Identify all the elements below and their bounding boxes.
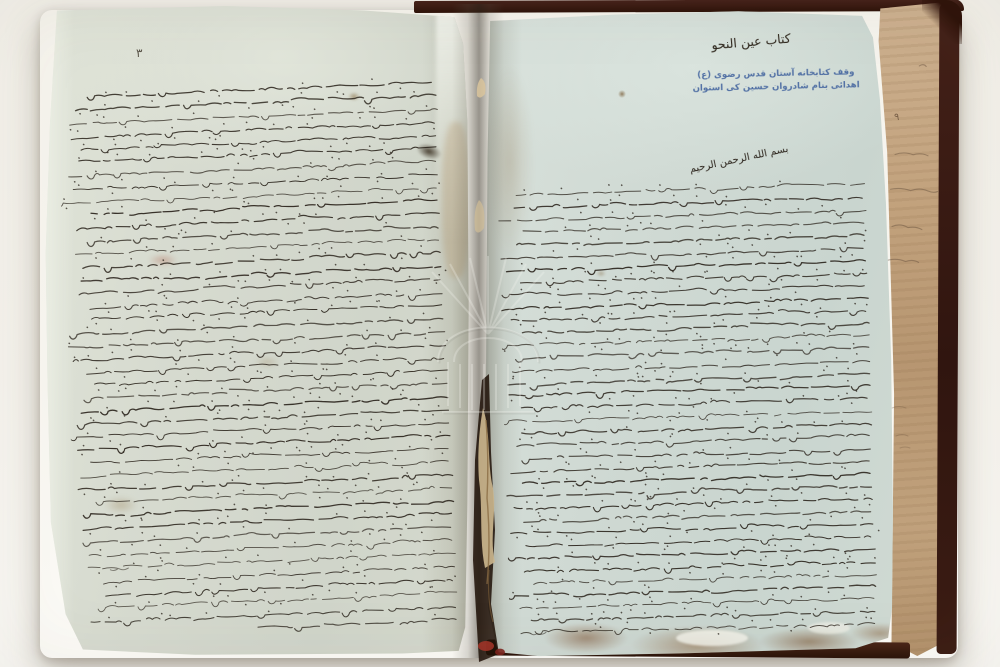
foxing-spot: [618, 90, 626, 98]
marginal-note: [110, 568, 128, 571]
page-number: ٣: [136, 46, 142, 60]
cover-corner: [922, 0, 962, 44]
torn-paper-bit: [477, 78, 486, 98]
library-watermark-emblem: [398, 242, 578, 432]
library-waqf-stamp: وقف کتابخانه آستان قدس رضوی (ع) اهدائی ب…: [690, 66, 863, 96]
torn-paper-bit: [475, 200, 485, 233]
basmala-heading: بسم الله الرحمن الرحیم: [684, 143, 794, 177]
manuscript-photo: ٩ ٣: [0, 0, 1000, 667]
title-inscription: کتاب عین النحو: [686, 28, 817, 54]
stamp-line-2: اهدائی بنام شادروان حسین کی استوان: [690, 79, 862, 96]
red-binding-thread: [495, 649, 505, 656]
red-binding-thread: [478, 641, 494, 651]
